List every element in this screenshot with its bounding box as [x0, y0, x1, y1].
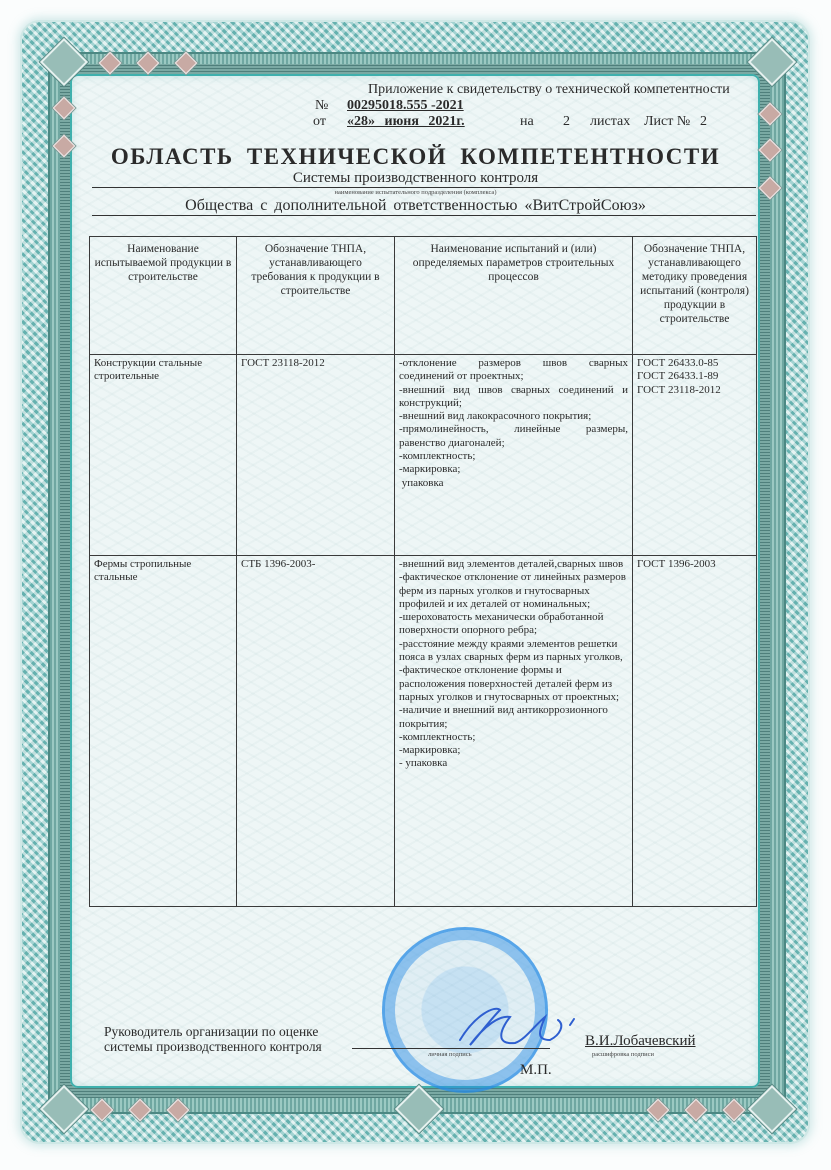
sheets-label: листах — [590, 114, 630, 130]
test-item: - упаковка — [399, 757, 628, 770]
number-label: № — [315, 98, 328, 114]
test-item: -прямолинейность, линейные размеры, раве… — [399, 423, 628, 450]
divider — [92, 187, 756, 188]
test-item: -фактическое отклонение от линейных разм… — [399, 571, 628, 611]
cell-method-tnpa: ГОСТ 26433.0-85 ГОСТ 26433.1-89 ГОСТ 231… — [633, 355, 757, 556]
header-product: Наименование испытываемой продукции в ст… — [90, 237, 237, 355]
test-item: -отклонение размеров швов сварных соедин… — [399, 357, 628, 384]
method-item: ГОСТ 26433.0-85 — [637, 357, 752, 370]
test-item: -внешний вид элементов деталей,сварных ш… — [399, 558, 628, 571]
subdivision-caption: наименование испытательного подразделени… — [0, 189, 831, 196]
signer-name: В.И.Лобачевский — [585, 1033, 696, 1050]
page-title: ОБЛАСТЬ ТЕХНИЧЕСКОЙ КОМПЕТЕНТНОСТИ — [0, 144, 831, 170]
test-item: -наличие и внешний вид антикоррозионного… — [399, 704, 628, 731]
signature-line — [352, 1048, 550, 1049]
method-item: ГОСТ 23118-2012 — [637, 384, 752, 397]
test-item: -внешний вид швов сварных соединений и к… — [399, 384, 628, 411]
signer-role: Руководитель организации по оценке систе… — [104, 1024, 354, 1054]
cell-product: Фермы стропильные стальные — [90, 556, 237, 907]
method-item: ГОСТ 1396-2003 — [637, 558, 752, 571]
sheets-count: 2 — [563, 114, 570, 130]
organization-name: Общества с дополнительной ответственност… — [0, 197, 831, 215]
handwritten-signature-icon — [440, 995, 590, 1055]
table-header-row: Наименование испытываемой продукции в ст… — [90, 237, 757, 355]
on-label: на — [520, 114, 534, 130]
divider — [92, 215, 756, 216]
test-item: -комплектность; — [399, 450, 628, 463]
subdivision-name: Системы производственного контроля — [0, 170, 831, 187]
header-tests: Наименование испытаний и (или) определяе… — [395, 237, 633, 355]
cell-product: Конструкции стальные строительные — [90, 355, 237, 556]
cell-tests: -внешний вид элементов деталей,сварных ш… — [395, 556, 633, 907]
cell-requirements-tnpa: СТБ 1396-2003- — [237, 556, 395, 907]
signature-caption: личная подпись — [428, 1051, 472, 1058]
sheet-number-label: Лист № — [644, 114, 690, 130]
test-item: упаковка — [399, 477, 628, 490]
certificate-date: «28» июня 2021г. — [347, 114, 465, 130]
test-item: -шероховатость механически обработанной … — [399, 611, 628, 638]
date-label: от — [313, 114, 326, 130]
table-row: Фермы стропильные стальные СТБ 1396-2003… — [90, 556, 757, 907]
test-item: -маркировка; — [399, 463, 628, 476]
seal-label: М.П. — [520, 1062, 552, 1079]
test-item: -внешний вид лакокрасочного покрытия; — [399, 410, 628, 423]
annex-title: Приложение к свидетельству о технической… — [368, 82, 730, 98]
header-requirements-tnpa: Обозначение ТНПА, устанавливающего требо… — [237, 237, 395, 355]
test-item: -маркировка; — [399, 744, 628, 757]
header-method-tnpa: Обозначение ТНПА, устанавливающего метод… — [633, 237, 757, 355]
test-item: -расстояние между краями элементов решет… — [399, 638, 628, 665]
test-item: -комплектность; — [399, 731, 628, 744]
cell-tests: -отклонение размеров швов сварных соедин… — [395, 355, 633, 556]
test-item: -фактическое отклонение формы и располож… — [399, 664, 628, 704]
cell-requirements-tnpa: ГОСТ 23118-2012 — [237, 355, 395, 556]
cell-method-tnpa: ГОСТ 1396-2003 — [633, 556, 757, 907]
table-row: Конструкции стальные строительные ГОСТ 2… — [90, 355, 757, 556]
competence-table: Наименование испытываемой продукции в ст… — [89, 236, 757, 907]
sheet-number: 2 — [700, 114, 707, 130]
certificate-number: 00295018.555 -2021 — [347, 98, 464, 114]
method-item: ГОСТ 26433.1-89 — [637, 370, 752, 383]
signer-name-caption: расшифровка подписи — [592, 1051, 654, 1058]
